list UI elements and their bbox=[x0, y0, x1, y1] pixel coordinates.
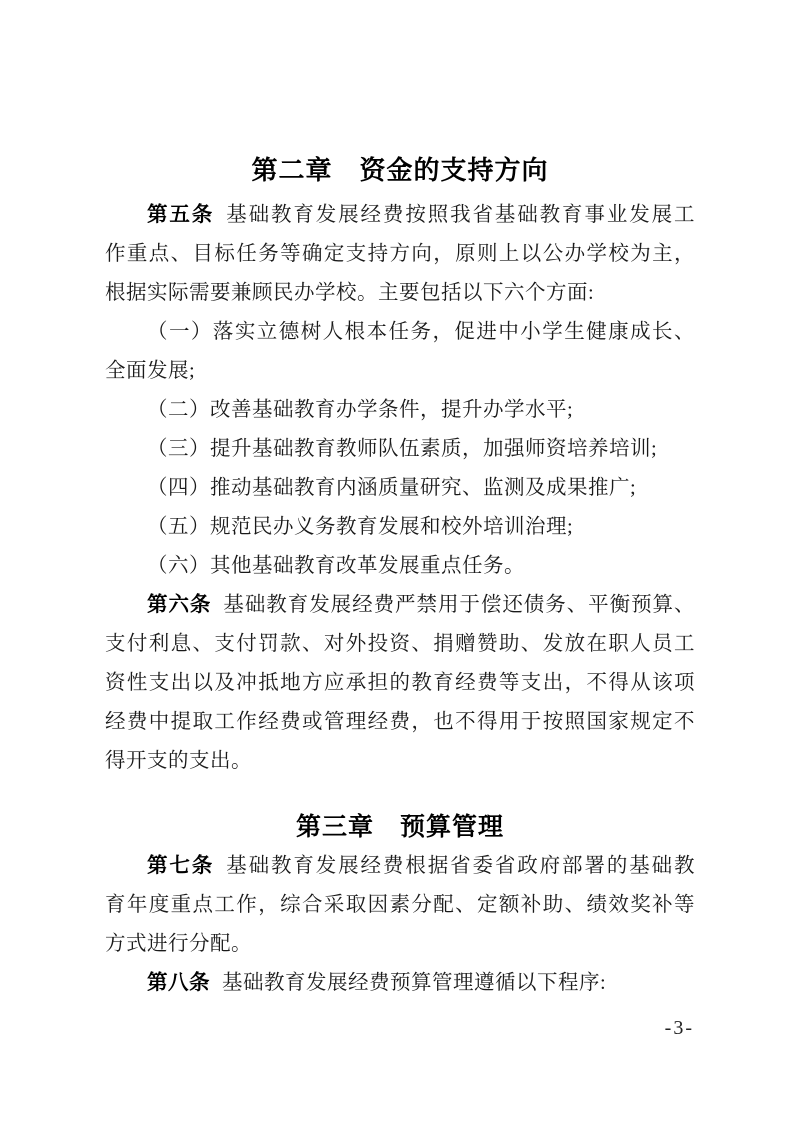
article-7-line-1: 第七条基础教育发展经费根据省委省政府部署的基础教 bbox=[105, 847, 695, 886]
article-5-item-3: （三）提升基础教育教师队伍素质，加强师资培养培训; bbox=[105, 430, 695, 469]
article-8-label: 第八条 bbox=[147, 972, 210, 994]
document-page: 第二章 资金的支持方向 第五条基础教育发展经费按照我省基础教育事业发展工 作重点… bbox=[0, 0, 793, 1122]
article-5-item-1-line-2: 全面发展; bbox=[105, 352, 695, 391]
article-5: 第五条基础教育发展经费按照我省基础教育事业发展工 作重点、目标任务等确定支持方向… bbox=[105, 196, 695, 313]
article-6-label: 第六条 bbox=[147, 594, 211, 616]
article-5-item-1: （一）落实立德树人根本任务，促进中小学生健康成长、 全面发展; bbox=[105, 313, 695, 391]
article-6-line-5: 得开支的支出。 bbox=[105, 742, 695, 781]
article-7-text-1: 基础教育发展经费根据省委省政府部署的基础教 bbox=[226, 855, 695, 877]
article-5-item-1-line-1: （一）落实立德树人根本任务，促进中小学生健康成长、 bbox=[105, 313, 695, 352]
article-8-text-1: 基础教育发展经费预算管理遵循以下程序: bbox=[222, 972, 606, 994]
chapter-3-heading: 第三章 预算管理 bbox=[105, 807, 695, 847]
article-5-line-2: 作重点、目标任务等确定支持方向，原则上以公办学校为主， bbox=[105, 235, 695, 274]
article-6-line-4: 经费中提取工作经费或管理经费，也不得用于按照国家规定不 bbox=[105, 703, 695, 742]
article-6-line-3: 资性支出以及冲抵地方应承担的教育经费等支出，不得从该项 bbox=[105, 664, 695, 703]
article-6-line-1: 第六条基础教育发展经费严禁用于偿还债务、平衡预算、 bbox=[105, 586, 695, 625]
article-5-line-1: 第五条基础教育发展经费按照我省基础教育事业发展工 bbox=[105, 196, 695, 235]
article-5-item-6: （六）其他基础教育改革发展重点任务。 bbox=[105, 547, 695, 586]
article-7-line-3: 方式进行分配。 bbox=[105, 925, 695, 964]
article-8: 第八条基础教育发展经费预算管理遵循以下程序: bbox=[105, 964, 695, 1003]
article-7: 第七条基础教育发展经费根据省委省政府部署的基础教 育年度重点工作，综合采取因素分… bbox=[105, 847, 695, 964]
article-7-line-2: 育年度重点工作，综合采取因素分配、定额补助、绩效奖补等 bbox=[105, 886, 695, 925]
article-8-line-1: 第八条基础教育发展经费预算管理遵循以下程序: bbox=[105, 964, 695, 1003]
article-5-label: 第五条 bbox=[147, 204, 214, 226]
article-6: 第六条基础教育发展经费严禁用于偿还债务、平衡预算、 支付利息、支付罚款、对外投资… bbox=[105, 586, 695, 781]
article-7-label: 第七条 bbox=[147, 855, 214, 877]
article-6-text-1: 基础教育发展经费严禁用于偿还债务、平衡预算、 bbox=[223, 594, 695, 616]
article-5-item-5: （五）规范民办义务教育发展和校外培训治理; bbox=[105, 508, 695, 547]
article-6-line-2: 支付利息、支付罚款、对外投资、捐赠赞助、发放在职人员工 bbox=[105, 625, 695, 664]
article-5-item-2: （二）改善基础教育办学条件，提升办学水平; bbox=[105, 391, 695, 430]
article-5-text-1: 基础教育发展经费按照我省基础教育事业发展工 bbox=[226, 204, 695, 226]
article-5-item-4: （四）推动基础教育内涵质量研究、监测及成果推广; bbox=[105, 469, 695, 508]
chapter-2-heading: 第二章 资金的支持方向 bbox=[105, 150, 695, 190]
document-content: 第二章 资金的支持方向 第五条基础教育发展经费按照我省基础教育事业发展工 作重点… bbox=[105, 150, 695, 1003]
article-5-line-3: 根据实际需要兼顾民办学校。主要包括以下六个方面: bbox=[105, 274, 695, 313]
page-number: -3- bbox=[665, 1017, 694, 1040]
